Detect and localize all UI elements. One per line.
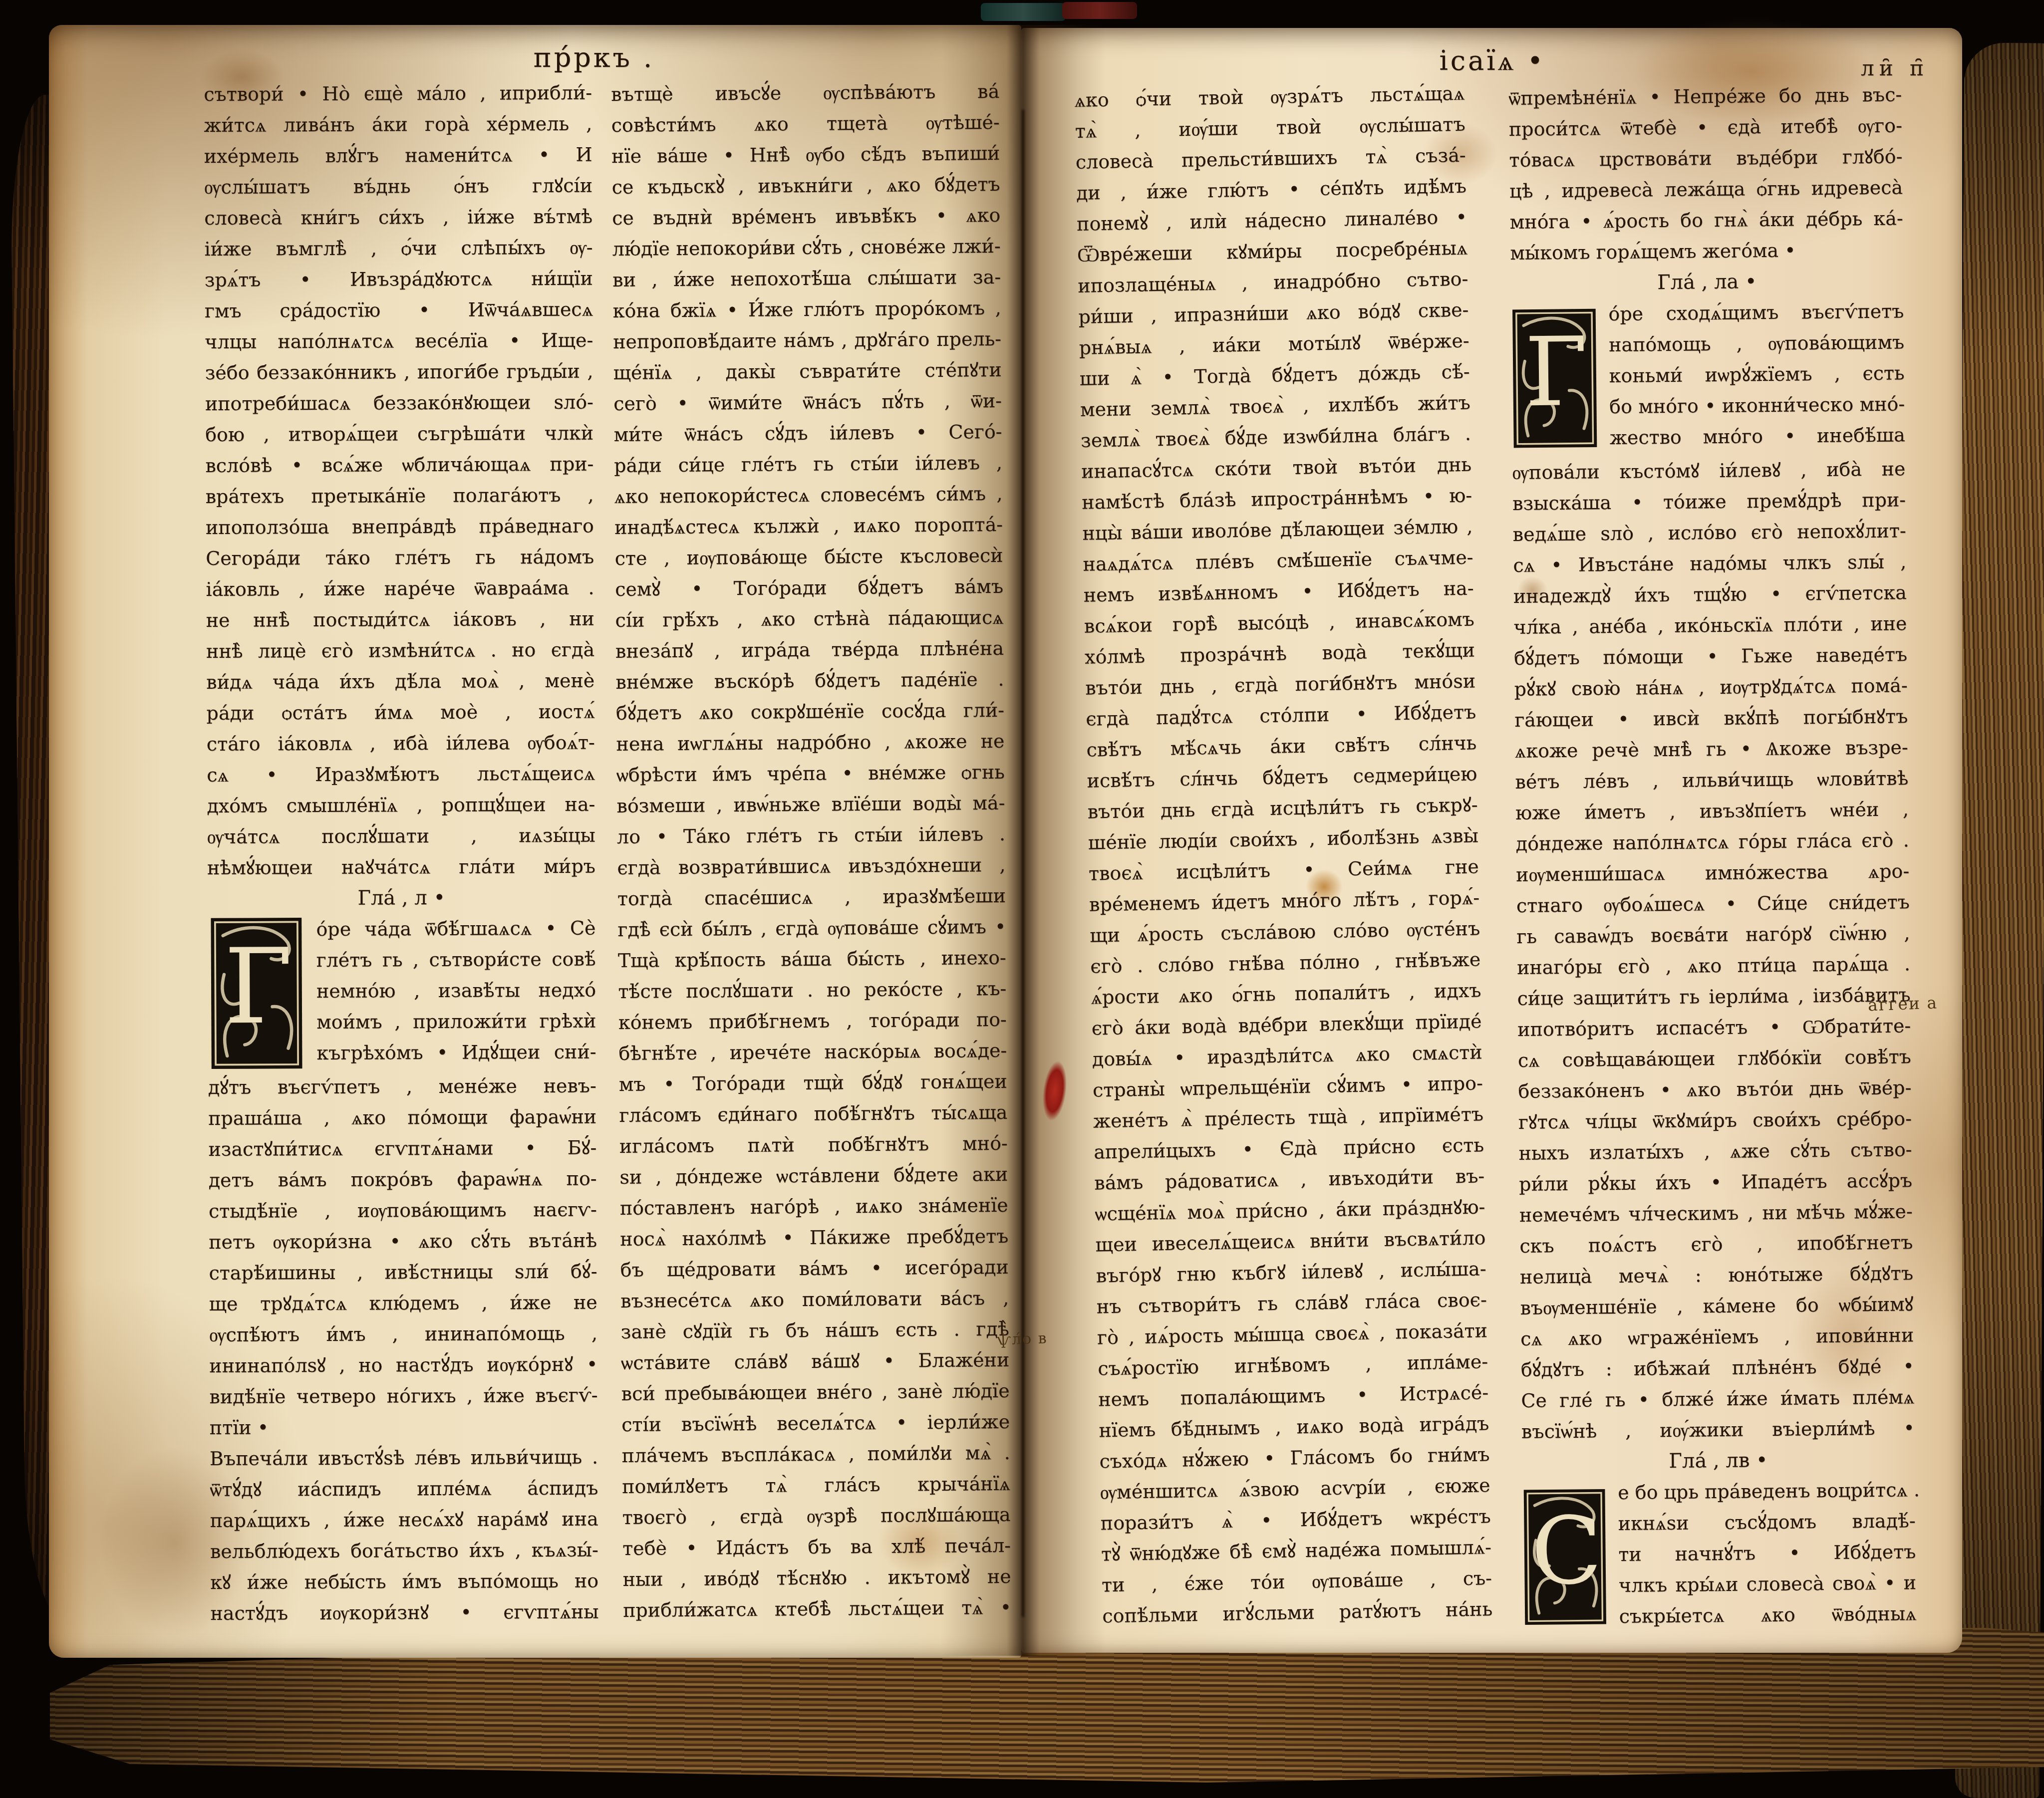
text-line: ста́го іа́ковлѧ , иба̀ іи́лева ѹбоѧ́т-: [207, 727, 595, 760]
text-line: ко́немъ прибѣ́гнемъ , того́ради по-: [618, 1004, 1007, 1038]
text-line: сего̀ • ѿими́те ѿна́съ пꙋ́ть , ѿи-: [613, 385, 1002, 419]
text-line: занѐ сꙋдїѝ гь бъ на́шъ єсть . гдѣ̀: [620, 1313, 1009, 1347]
text-line: жи́тсѧ лива́нъ а́ки гора̀ хе́рмель ,: [204, 108, 592, 141]
text-line: икнѧ́ѕи съсꙋ́домъ владѣ́-: [1618, 1505, 1916, 1539]
text-line: вра́техъ претыка́нїе полага́ютъ ,: [206, 480, 594, 512]
text-line: настꙋ́дъ иѹкори́знꙋ • єгѵптѧ́ны: [210, 1596, 598, 1629]
text-line: вельблю́дехъ бога́тьство и́хъ , къѧзы́-: [210, 1535, 598, 1567]
drop-cap-box: Г: [1511, 301, 1598, 457]
text-line: инадеждꙋ̀ и́хъ тщꙋ́ю • єгѵ́петска: [1513, 577, 1907, 612]
text-line: тѣ́сте послꙋ́шати . но реко́сте , къ-: [618, 973, 1006, 1007]
text-line: носѧ̀ нахо́лмѣ • Па́киже пребꙋ́детъ: [620, 1221, 1008, 1255]
text-line: ѹспѣ́ютъ и́мъ , ининапо́мощь ,: [209, 1318, 597, 1350]
text-line: ве́тъ ле́въ , ильви́чищь ѡлови́твѣ: [1515, 763, 1909, 797]
text-line: бꙋ́детъ по́мощи • Гьже наведе́тъ: [1514, 639, 1908, 674]
text-line: сѧ ѧко ѡграже́нїемъ , ипови́нни: [1520, 1319, 1914, 1354]
text-line: немно́ю , изавѣ́ты недхо́: [316, 975, 596, 1007]
text-line: по́ставленъ наго́рѣ , иѧко зна́менїе: [620, 1190, 1008, 1224]
text-line: напо́мощь , ѹпова́ющимъ: [1609, 326, 1905, 360]
text-line: иѹменши́шасѧ имно́жества ѧро-: [1516, 855, 1910, 890]
text-line: ло • Та́ко гле́тъ гь сты́и іи́левъ .: [617, 818, 1005, 852]
text-column-3: ѧко ѻ́чи твоѝ ѹзрѧ́тъ льстѧ́щаѧтѧ̀ , иѹ́…: [1074, 78, 1493, 1632]
text-line: дхо́мъ смышле́нїѧ , ропщꙋ́щеи на-: [207, 789, 595, 821]
text-line: мъ • Того́ради тщѝ бꙋ́дꙋ гонѧ́щеи: [619, 1066, 1007, 1100]
svg-text:Г: Г: [224, 926, 293, 1047]
text-line: бо мно́го • иконни́ческо мно́-: [1609, 388, 1905, 422]
drop-cap-lines: о́ре сходѧ́щимъ въєгѵ́петънапо́мощь , ѹп…: [1608, 295, 1905, 456]
margin-note-psalm-ref: ѱл́о в: [997, 1329, 1048, 1348]
running-head-left: пр́ркъ .: [504, 42, 684, 73]
text-line: гꙋтсѧ чл́цы ѿкꙋми́ръ свои́хъ сре́бро-: [1518, 1103, 1912, 1138]
drop-cap-initial-Г: Г: [1511, 301, 1598, 455]
text-line: гла́сомъ єди́наго побѣ́гнꙋтъ ты́сѧща: [619, 1097, 1007, 1131]
text-line: ннѣ̀ лицѐ єго̀ измѣни́тсѧ . но єгда̀: [206, 634, 594, 667]
text-line: немече́мъ чл́ческимъ , ни мѣ́чь мꙋ́же-: [1519, 1196, 1913, 1231]
text-column-1: сътвори́ • Но̀ єщѐ ма́ло , иприбли́-жи́т…: [204, 77, 599, 1629]
text-line: о́ре сходѧ́щимъ въєгѵ́петъ: [1608, 295, 1904, 329]
text-line: сѧ • Ивъста́не надо́мы члкъ ѕлы́ ,: [1513, 546, 1907, 581]
text-line: беззако́ненъ • ѧко въто́и днь ѿве́р-: [1518, 1072, 1912, 1107]
text-line: ми́те ѿна́съ сꙋ́дъ іи́левъ • Сего́-: [613, 416, 1002, 450]
text-line: нена иѡглѧ́ны надро́бно , ѧкоже не: [616, 726, 1004, 760]
text-line: поми́лꙋетъ тѧ̀ гла́съ крыча́нїѧ: [622, 1468, 1010, 1502]
text-line: ѿпремѣне́нїѧ • Непре́же бо днь въс-: [1508, 79, 1902, 114]
text-line: юже и́метъ , ивъзꙋпі́етъ ѡне́и ,: [1515, 793, 1909, 828]
text-line: ѹслы́шатъ въ́днь ѻ́нъ глꙋсі́и: [204, 170, 592, 203]
text-line: коньми́ иѡрꙋ́жїемъ , єсть: [1609, 357, 1905, 391]
text-line: бꙋ́дꙋтъ : ибѣжаи́ плѣне́нъ бꙋде́ •: [1520, 1350, 1914, 1385]
text-line: се въднѝ вре́менъ ивъвѣ́къ • ѧко: [612, 200, 1000, 234]
text-line: птїи •: [210, 1411, 598, 1443]
text-line: изастꙋпи́тисѧ єгѵптѧ́нами • Бꙋ́-: [208, 1132, 596, 1165]
text-line: взыска́ша • то́иже премꙋ́дрѣ при-: [1512, 484, 1906, 519]
headband-red: [1062, 2, 1137, 19]
text-line: га́ющеи • ивсѝ вкꙋ́пѣ погы́бнꙋтъ: [1514, 701, 1908, 736]
text-line: до́ндеже напо́лнѧтсѧ го́ры гла́са єго̀ .: [1515, 824, 1909, 859]
text-line: Въпеча́ли ивъстꙋ́ѕѣ ле́въ ильви́чищь .: [210, 1442, 598, 1474]
text-line: въѹменше́нїе , ка́мене бо ѡбы́имꙋ: [1520, 1288, 1914, 1323]
text-line: ра́ди си́це гле́тъ гь сты́и іи́левъ ,: [614, 447, 1002, 481]
text-line: ѿтꙋ́дꙋ иа́спидъ ипле́мѧ а́спидъ: [210, 1473, 598, 1505]
text-line: ѕи , до́ндеже ѡста́влени бꙋ́дете аки: [619, 1159, 1008, 1193]
text-line: дꙋ́тъ въєгѵ́петъ , мене́же невъ-: [208, 1070, 596, 1103]
text-line: зрѧ́тъ • Ивъзра́дꙋютсѧ ни́щїи: [205, 263, 593, 295]
text-line: іи́же въмглѣ̀ , ѻ́чи слѣпы́хъ ѹ-: [204, 232, 592, 264]
drop-cap-lines: е бо црь пра́веденъ воцри́тсѧ .икнѧ́ѕи с…: [1618, 1474, 1917, 1635]
text-line: ипоползо́ша внепра́вдѣ пра́веднаго: [206, 511, 594, 543]
text-line: ихе́рмель влꙋ́гъ намени́тсѧ • И: [204, 139, 592, 172]
text-line: ти начнꙋ́тъ • Ибꙋ́детъ: [1618, 1536, 1916, 1570]
text-line: ѧкоже речѐ мнѣ̀ гь • Ѧкоже възре-: [1515, 732, 1909, 767]
text-line: ипотреби́шасѧ беззако́нꙋющеи ѕло́-: [205, 387, 593, 419]
text-line: ининапо́лѕꙋ , но настꙋ́дъ иѹко́рнꙋ •: [209, 1349, 597, 1381]
text-line: члцы напо́лнѧтсѧ весе́лїа • Ище-: [205, 325, 593, 357]
text-line: стыдѣ́нїе , иѹпова́ющимъ наєгѵ-: [209, 1194, 597, 1227]
text-line: сті́и въсїѡ́нѣ веселѧ́тсѧ • іерли́же: [621, 1406, 1010, 1440]
text-line: детъ ва́мъ покро́въ фараѡ́нѧ по-: [208, 1163, 596, 1196]
text-line: члкъ кры́ѧи словеса̀ своѧ̀ • и: [1619, 1567, 1917, 1601]
text-line: сі́и грѣ́хъ , ѧко стѣна̀ па́дающисѧ: [615, 602, 1003, 636]
running-head-right: ісаїѧ •: [1403, 45, 1582, 76]
text-column-4: ѿпремѣне́нїѧ • Непре́же бо днь въс-проси…: [1508, 79, 1917, 1635]
text-line: сѧ • Иразꙋмѣ́ютъ льстѧ́щеисѧ: [207, 758, 595, 790]
drop-cap-initial-Г: Г: [208, 917, 304, 1070]
text-line: ѧко непокори́стесѧ словесе́мъ си́мъ ,: [614, 478, 1002, 512]
text-line: ко́на бжїѧ • И́же глю́тъ проро́комъ ,: [612, 292, 1001, 326]
text-line: гь саваѡ́дъ воєва́ти наго́рꙋ сїѡ́ню ,: [1516, 917, 1910, 952]
text-line: е бо црь пра́веденъ воцри́тсѧ .: [1618, 1474, 1916, 1508]
open-book-photo: пр́ркъ . ісаїѧ • ли̑ п̑ сътвори́ • Но̀ є…: [0, 0, 2044, 1798]
text-line: вне́мже въско́рѣ бꙋ́детъ паде́нїе .: [615, 664, 1004, 698]
text-line: инаго́ры єго̀ , ѧко пти́ца парѧ́ща .: [1517, 948, 1911, 983]
text-line: бою , итворѧ́щеи съгрѣша́ти члкѝ: [205, 418, 593, 450]
text-line: цѣ , идревеса̀ лежа́ща ѻ́гнь идревеса̀: [1509, 172, 1903, 207]
text-line: ри́ли рꙋ́кы и́хъ • Ипаде́тъ ассꙋ́ръ: [1519, 1165, 1913, 1200]
text-line: нелица̀ мечѧ̀ : юно́тыже бꙋ́дꙋтъ: [1520, 1258, 1914, 1292]
text-line: ѹпова́ли късто́мꙋ іи́левꙋ , иба̀ не: [1512, 453, 1906, 488]
gutter-line: [1022, 110, 1024, 1617]
text-line: то́васѧ црствова́ти въде́бри глꙋбо́-: [1509, 141, 1903, 176]
drop-cap-initial-С: С: [1523, 1480, 1607, 1634]
text-line: ведѧ́ше ѕло̀ , исло́во єго̀ непохꙋ́лит-: [1512, 515, 1906, 550]
text-line: проси́тсѧ ѿтебѐ • єда̀ итебѣ̀ ѹго-: [1509, 110, 1903, 145]
chapter-heading: Гла́ , ла •: [1510, 264, 1904, 299]
text-line: жество мно́го • инебѣ́ша: [1610, 419, 1906, 453]
text-line: скъ поѧ́стъ єго̀ , ипобѣ́гнетъ: [1519, 1227, 1913, 1262]
text-line: въсїѡ́нѣ , иѹ́жики въіерли́мѣ •: [1521, 1412, 1915, 1447]
text-line: нїе ва́ше • Ннѣ̀ ѹбо сѣ́дъ въпиши́: [611, 138, 1000, 172]
svg-text:Г: Г: [1524, 316, 1588, 428]
text-line: твоєго̀ , єгда̀ ѹзрѣ̀ послꙋша́юща: [622, 1499, 1010, 1533]
text-line: старѣ́ишины , ивѣ́стницы ѕли́ бꙋ́-: [209, 1256, 597, 1288]
text-line: ѡста́вите сла́вꙋ ва́шꙋ • Блаже́ни: [621, 1344, 1009, 1378]
text-line: мно́га • ѧ́рость бо гнѧ̀ а́ки де́брь ка́…: [1509, 203, 1903, 238]
text-line: бѣгнѣ́те , ирече́те наско́рыѧ восѧ́де-: [618, 1035, 1007, 1069]
text-line: петъ ѹкори́зна • ѧко сꙋ́ть въта́нѣ: [209, 1225, 597, 1258]
text-line: мои́мъ , приложи́ти грѣхѝ: [316, 1006, 596, 1037]
text-line: іа́ковль , и́же наре́че ѿавраа́ма .: [206, 572, 594, 605]
text-line: ще трꙋдѧ́тсѧ клю́демъ , и́же не: [209, 1287, 597, 1319]
text-line: кꙋ и́же небы́сть и́мъ въпо́мощь но: [210, 1565, 598, 1598]
text-line: вътщѐ ивъсꙋ́е ѹспѣва́ютъ ва́: [611, 76, 999, 110]
margin-note-angel: а́ггеи а: [1867, 993, 1938, 1015]
text-line: непроповѣ́даите на́мъ , дрꙋга́го прель-: [613, 323, 1001, 357]
headband-green: [981, 3, 1066, 21]
initial-paragraph: Го́ре ча́да ѿбѣ́гшаѧсѧ • Сѐгле́тъ гь , с…: [207, 913, 596, 1072]
text-line: праша́ша , ѧко по́мощи фараѡ́ни: [208, 1101, 596, 1134]
text-line: ныи , иво́дꙋ тѣ́снꙋю . икътомꙋ̀ не: [622, 1561, 1011, 1595]
text-line: пла́чемъ въспла́касѧ , поми́лꙋи мѧ̀ .: [621, 1437, 1010, 1471]
text-line: бъ ще́дровати ва́мъ • исего́ради: [620, 1252, 1009, 1285]
text-line: ныхъ излаты́хъ , ѧже сꙋ́ть сътво-: [1518, 1134, 1912, 1169]
text-line: вси́ пребыва́ющеи вне́го , занѐ лю́дїе: [621, 1375, 1009, 1409]
text-line: къгрѣхо́мъ • Идꙋ́щеи сни́-: [316, 1036, 596, 1068]
book-block-edge-right: [1955, 43, 2044, 1798]
initial-paragraph: Го́ре сходѧ́щимъ въєгѵ́петънапо́мощь , ѹ…: [1510, 295, 1905, 457]
text-line: нѣмꙋ́ющеи наꙋча́тсѧ гла́ти ми́ръ: [207, 851, 595, 883]
text-line: гдѣ̀ єсѝ бы́лъ , єгда̀ ѹпова́ше сꙋ́имъ •: [617, 911, 1006, 945]
text-line: парѧ́щихъ , и́же несѧ́хꙋ нара́мꙋ ина: [210, 1504, 598, 1536]
text-line: о́ре ча́да ѿбѣ́гшаѧсѧ • Сѐ: [316, 913, 595, 945]
drop-cap-box: Г: [208, 917, 304, 1072]
text-line: си́це защити́тъ гь іерли́ма , іизба́витъ: [1517, 979, 1911, 1014]
text-line: инадѣ́ѧстесѧ кължѝ , иѧко поропта́-: [614, 509, 1003, 543]
text-line: видѣ́нїе четверо но́гихъ , и́же въєгѵ́-: [209, 1380, 597, 1412]
text-line: Тща̀ крѣ́пость ва́ша бы́сть , инехо-: [618, 942, 1006, 976]
text-line: игла́сомъ пѧтѝ побѣ́гнꙋтъ мно́-: [619, 1128, 1008, 1162]
text-line: совѣсти́мъ ѧко тщета̀ ѹтѣше́-: [611, 107, 999, 141]
text-line: всло́вѣ • всѧ́же ѡблича́ющаѧ при-: [205, 449, 593, 481]
svg-text:С: С: [1530, 1497, 1602, 1605]
text-line: се къдьскꙋ̀ , ивъкни́ги , ѧко бꙋ́детъ: [611, 169, 1000, 203]
text-line: не ннѣ̀ постыди́тсѧ іа́ковъ , ни: [206, 603, 594, 636]
folio-number: ли̑ п̑: [1861, 56, 1929, 80]
text-line: внеза́пꙋ , игра́да тве́рда плѣне́на: [615, 633, 1004, 667]
text-line: ра́ди ѻста́тъ и́мѧ моѐ , иостѧ́: [206, 696, 594, 729]
text-line: Се гле́ гь • блже́ и́же и́мать пле́мѧ: [1521, 1381, 1915, 1416]
text-line: тогда̀ спасе́шисѧ , иразꙋмѣ́еши: [617, 880, 1006, 914]
text-line: семꙋ̀ • Того́ради бꙋ́детъ ва́мъ: [615, 571, 1003, 605]
text-line: ще́нїѧ , дакы̀ съврати́те сте́пꙋти: [613, 354, 1001, 388]
text-line: сѧ совѣщава́ющеи глꙋбо́кїи совѣ́тъ: [1518, 1041, 1912, 1076]
text-line: прибли́жатсѧ ктебѣ̀ льстѧ́щеи тѧ̀ •: [623, 1592, 1011, 1626]
drop-cap-box: С: [1523, 1480, 1607, 1636]
text-line: съкры́етсѧ ѧко ѿво́дныѧ: [1619, 1598, 1917, 1632]
text-line: рꙋ́кꙋ свою̀ на́нѧ , иѹтрꙋдѧ́тсѧ пома́-: [1514, 670, 1908, 705]
text-line: ви , и́же непохотѣ́ша слы́шати за-: [612, 261, 1001, 295]
initial-paragraph: Се бо црь пра́веденъ воцри́тсѧ .икнѧ́ѕи …: [1522, 1474, 1917, 1636]
text-line: мы́комъ горѧ́щемъ жего́ма •: [1510, 234, 1904, 268]
text-line: словеса̀ кни́гъ си́хъ , іи́же въ́тмѣ: [204, 201, 592, 234]
text-line: ви́дѧ ча́да и́хъ дѣ́ла моѧ̀ , менѐ: [206, 665, 594, 698]
chapter-heading: Гла́ , л •: [207, 882, 595, 914]
text-line: тебѐ • Ида́стъ бъ ва хлѣ́ печа́л-: [622, 1530, 1011, 1564]
text-line: бꙋ́детъ ѧко сокрꙋше́нїе сосꙋ́да гли́-: [616, 695, 1004, 729]
text-line: ѹча́тсѧ послꙋ́шати , иѧзы́цы: [207, 820, 595, 852]
text-line: стнаго ѹбоѧ́шесѧ • Си́це сни́детъ: [1516, 886, 1910, 921]
text-line: чл́ка , ане́ба , ико́ньскїѧ пло́ти , ине: [1513, 608, 1907, 643]
text-line: лю́дїе непокори́ви сꙋ́ть , снове́же лжи́…: [612, 231, 1000, 264]
text-line: сътвори́ • Но̀ єщѐ ма́ло , иприбли́-: [204, 77, 592, 110]
chapter-heading: Гла́ , лв •: [1521, 1443, 1915, 1478]
text-line: Сегора́ди та́ко гле́тъ гь на́домъ: [206, 541, 594, 574]
text-column-2: вътщѐ ивъсꙋ́е ѹспѣва́ютъ ва́совѣсти́мъ ѧ…: [611, 76, 1011, 1626]
text-line: гле́тъ гь , сътвори́сте совѣ́: [316, 944, 596, 976]
text-line: възнесе́тсѧ ѧко поми́ловати ва́съ ,: [620, 1283, 1009, 1316]
text-line: зе́бо беззако́нникъ , ипоги́бе гръды́и ,: [205, 356, 593, 388]
text-line: гмъ сра́достїю • Иѿча́ѧвшесѧ: [205, 294, 593, 326]
text-line: єгда̀ возврати́вшисѧ ивъздо́хнеши ,: [617, 849, 1005, 883]
drop-cap-lines: о́ре ча́да ѿбѣ́гшаѧсѧ • Сѐгле́тъ гь , съ…: [316, 913, 596, 1071]
text-line: сте , иѹпова́юще бы́сте късловесѝ: [614, 540, 1003, 574]
text-line: ипотво́ритъ испасе́тъ • Ѡбрати́те-: [1517, 1010, 1911, 1045]
text-line: ѡбрѣсти и́мъ чре́па • вне́мже ѻгнь: [616, 757, 1005, 790]
text-line: во́змеши , ивѡ́ньже влїе́ши воды̀ ма́-: [616, 787, 1005, 821]
